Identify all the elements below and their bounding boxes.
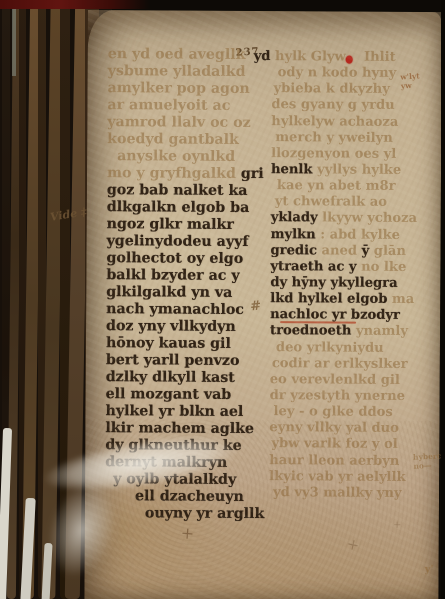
rubric-red-dot [346,56,353,64]
manuscript-text-segment: golhectot oy elgo [106,250,243,267]
manuscript-text-segment: haur lleon aerbyn [269,453,399,469]
corner-pen-mark: y' [425,564,434,575]
manuscript-text-segment: hylkel yr blkn ael [106,403,244,420]
manuscript-line: ngoz glkr malkr [107,216,263,234]
manuscript-text-segment: ȳ [362,243,370,258]
flyleaf-edge-sliver [12,6,16,76]
margin-note-right-mid: hyberc no— [413,451,442,470]
manuscript-text-segment: yamrod llalv oc oz [107,114,250,131]
manuscript-line: anyslke oynlkd [117,148,263,166]
manuscript-text-segment: mo y gryfhgalkd [107,165,241,182]
pen-cross-mark: + [180,523,195,543]
manuscript-text-segment: deo yrlkyniydu [276,340,384,356]
manuscript-text-segment: glkilgalkd yn va [106,284,232,301]
manuscript-text-segment: : abd kylke [320,227,400,242]
manuscript-line: yklady lkyyw ychoza [271,211,441,228]
manuscript-line: mo y gryfhgalkd gri [107,165,263,183]
manuscript-text-segment: yklady [271,211,323,226]
manuscript-text-segment: mylkn [271,227,321,242]
margin-hash-mark: # [249,299,261,315]
manuscript-line: lkyic vab yr aelyllk [269,469,439,486]
pen-cross-mark: + [393,520,401,531]
manuscript-text-segment: ytraeth ac y [270,259,361,275]
right-text-column: yd hylk Glyw Ihlitody n kodo hynyybieba … [269,49,442,502]
page-top-shading [88,10,442,40]
manuscript-text-segment: ysbume ylladalkd [108,63,246,80]
manuscript-text-segment: ma [392,292,414,307]
manuscript-text-segment: eo verevlenlkd gil [270,372,400,388]
manuscript-line: ybw varlk foz y ol [271,437,439,454]
manuscript-line: eyny vllky yal duo [269,420,439,437]
manuscript-text-segment: gredic [270,243,321,258]
manuscript-line: des gyany g yrdu [271,98,441,115]
manuscript-text-segment: ynamly [356,324,408,339]
manuscript-text-segment: ouyny yr argllk [145,505,264,522]
manuscript-text-segment: yd vy3 mallky yny [273,485,402,501]
margin-note-line: no— [413,460,442,470]
manuscript-text-segment: ybieba k dkyzhy [273,81,389,97]
manuscript-text-segment: ybw varlk foz y ol [271,437,398,453]
manuscript-line: nach ymanachloc [106,301,262,319]
manuscript-line: en yd oed avegllk [108,46,264,64]
manuscript-line: dr yzestyth ynerne [270,388,440,405]
manuscript-line: lkd hylkel elgob ma [270,291,440,308]
manuscript-text-segment: henlk [271,162,317,177]
manuscript-text-segment: codir ar erlkyslker [272,356,408,372]
manuscript-line: yd vy3 mallky yny [273,485,439,502]
manuscript-line: dlkgalkn elgob ba [107,199,263,217]
manuscript-line: ouyny yr argllk [145,505,261,523]
manuscript-text-segment: des gyany g yrdu [271,98,394,114]
manuscript-text-segment: ngoz glkr malkr [107,216,234,233]
manuscript-text-segment: koedyd gantbalk [107,131,239,148]
manuscript-line: kae yn abet m8r [277,178,441,195]
manuscript-text-segment: ley - o glke ddos [274,404,393,420]
manuscript-text-segment: hōnoy kauas gil [106,335,231,352]
manuscript-line: yamrod llalv oc oz [107,114,263,132]
manuscript-line: dy hȳny ykyllegra [270,275,440,292]
manuscript-line: hylkelyw achaoza [271,114,441,131]
binding-top-edge [0,0,150,9]
manuscript-text-segment: lkir machem aglke [105,420,254,437]
manuscript-line: eo verevlenlkd gil [270,372,440,389]
manuscript-line: bert yarll penvzo [106,352,262,370]
manuscript-text-segment: glān [369,243,406,258]
manuscript-text-segment: troednoeth [270,324,356,340]
manuscript-line: koedyd gantbalk [107,131,263,149]
manuscript-photo: 237 en yd oed avegllkysbume ylladalkdamy… [0,0,445,599]
manuscript-line: amylker pop agon [107,80,263,98]
manuscript-text-segment: merch y yweilyn [275,130,393,146]
manuscript-text-segment: kae yn abet m8r [277,178,396,194]
manuscript-text-segment: gri [241,166,264,182]
manuscript-line: henlk yyllys hylke [271,162,441,179]
manuscript-text-segment: ell dzacheuyn [135,488,244,505]
manuscript-text-segment: yt chwefralk ao [275,194,387,210]
manuscript-text-segment: nach ymanachloc [106,301,244,318]
manuscript-line: balkl bzyder ac y [106,267,262,285]
manuscript-line: mylkn : abd kylke [271,227,441,244]
manuscript-text-segment: dzlky dlkyll kast [106,369,235,386]
photo-right-edge [441,0,445,599]
manuscript-text-segment: hylkelyw achaoza [271,114,398,130]
manuscript-line: ley - o glke ddos [273,404,439,421]
manuscript-text-segment: no lke [361,260,406,275]
margin-note-right-top: w'lyt yw [400,71,421,90]
manuscript-text-segment: en yd oed avegllk [108,46,246,63]
manuscript-text-segment: yyllys hylke [317,162,401,178]
manuscript-text-segment: amylker pop agon [107,80,249,97]
manuscript-line: codir ar erlkyslker [272,356,440,373]
manuscript-text-segment: eyny vllky yal duo [269,420,399,436]
manuscript-text-segment: llozgenyon oes yl [271,146,396,162]
manuscript-text-segment: lkyic vab yr aelyllk [269,469,406,485]
manuscript-line: gredic aned ȳ glān [270,243,440,260]
manuscript-text-segment: yd [254,49,275,64]
manuscript-text-segment: dr yzestyth ynerne [270,388,405,404]
manuscript-line: yt chwefralk ao [275,194,441,211]
manuscript-line: goz bab nalket ka [107,182,263,200]
manuscript-line: ytraeth ac y no lke [270,259,440,276]
manuscript-line: merch y yweilyn [275,130,441,147]
manuscript-text-segment: bert yarll penvzo [106,352,240,369]
manuscript-line: hōnoy kauas gil [106,335,262,353]
manuscript-text-segment: doz yny vllkydyn [106,318,236,335]
manuscript-text-segment: ell mozgant vab [106,386,232,403]
manuscript-line: dzlky dlkyll kast [106,369,262,387]
manuscript-text-segment: hylk Glyw Ihlit [275,49,396,65]
manuscript-text-segment: ody n kodo hyny [278,65,397,81]
manuscript-line: hylkel yr blkn ael [105,403,261,421]
manuscript-line: llozgenyon oes yl [271,146,441,163]
manuscript-text-segment: ar amuelyoit ac [107,97,230,114]
manuscript-text-segment: lkyyw ychoza [322,211,417,227]
manuscript-text-segment: dlkgalkn elgob ba [107,199,250,216]
manuscript-text-segment: anyslke oynlkd [117,148,235,165]
manuscript-text-segment: balkl bzyder ac y [106,267,239,284]
manuscript-line: ygelinydodeu ayyf [107,233,263,251]
manuscript-line: ell dzacheuyn [135,488,261,506]
manuscript-line: doz yny vllkydyn [106,318,262,336]
manuscript-text-segment: dy hȳny ykyllegra [270,275,397,291]
manuscript-line: ar amuelyoit ac [107,97,263,115]
manuscript-line: deo yrlkyniydu [276,340,440,357]
parchment-page: 237 en yd oed avegllkysbume ylladalkdamy… [84,10,442,599]
manuscript-line: glkilgalkd yn va [106,284,262,302]
manuscript-text-segment: goz bab nalket ka [107,182,248,199]
margin-note-line: yw [401,80,421,90]
manuscript-text-segment: ygelinydodeu ayyf [107,233,249,250]
manuscript-line: ell mozgant vab [106,386,262,404]
pen-cross-mark: + [345,534,361,554]
manuscript-line: troednoeth ynamly [270,324,440,341]
manuscript-text-segment: aned [322,243,362,258]
manuscript-text-segment: lkd hylkel elgob [270,291,392,307]
manuscript-line: golhectot oy elgo [106,250,262,268]
manuscript-line: ysbume ylladalkd [108,63,264,81]
